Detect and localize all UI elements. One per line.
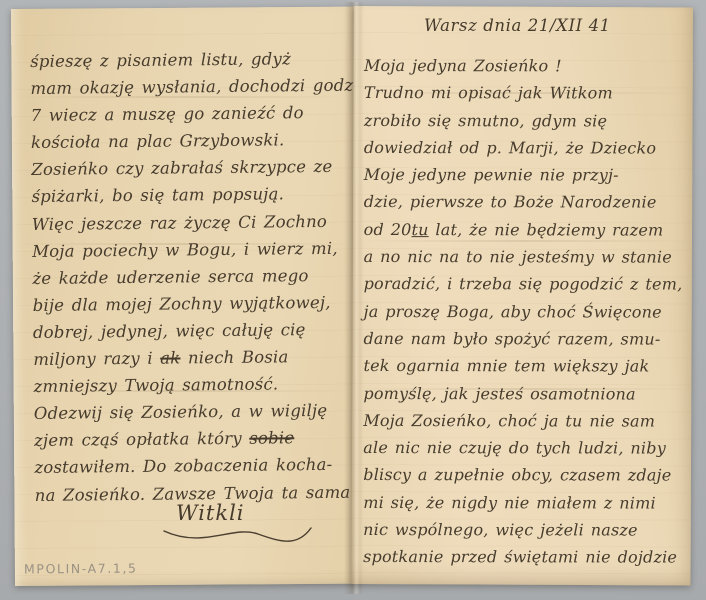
letter-line: bliscy a zupełnie obcy, czasem zdaje xyxy=(363,461,697,489)
left-page-text: śpieszę z pisaniem listu, gdyż mam okazj… xyxy=(30,45,355,509)
letter-line: Moja pociechy w Bogu, i wierz mi, xyxy=(32,234,352,264)
letter-line: miljony razy i ak niech Bosia xyxy=(33,343,353,373)
letter-line: dowiedział od p. Marji, że Dziecko xyxy=(364,134,698,162)
salutation-line: Moja jedyna Zosieńko ! xyxy=(364,52,698,80)
letter-line: zjem cząś opłatka który sobie xyxy=(34,424,354,454)
letter-line: Więc jeszcze raz życzę Ci Zochno xyxy=(32,207,352,237)
letter-line: pomyślę, jak jesteś osamotniona xyxy=(363,380,697,408)
letter-line: ale nic nie czuję do tych ludzi, niby xyxy=(363,434,697,462)
letter-line: zostawiłem. Do zobaczenia kocha- xyxy=(34,451,354,481)
line-segment: niech Bosia xyxy=(180,347,288,367)
letter-line: Odezwij się Zosieńko, a w wigilję xyxy=(34,397,354,427)
line-segment: lat, że nie będziemy razem xyxy=(429,220,664,239)
letter-line: bije dla mojej Zochny wyjątkowej, xyxy=(33,288,353,318)
letter-line: tek ogarnia mnie tem większy jak xyxy=(363,352,697,380)
letter-line: poradzić, i trzeba się pogodzić z tem, xyxy=(364,270,698,298)
letter-line: śpiżarki, bo się tam popsują. xyxy=(31,180,351,210)
letter-line: dzie, pierwsze to Boże Narodzenie xyxy=(364,188,698,216)
letter-line: ja proszę Boga, aby choć Święcone xyxy=(364,298,698,326)
signature: Witkli xyxy=(176,501,245,525)
date-header: Warsz dnia 21/XII 41 xyxy=(424,16,611,35)
letter-line: Moja Zosieńko, choć ja tu nie sam xyxy=(363,407,697,435)
underlined-word: tu xyxy=(412,220,429,239)
letter-line: spotkanie przed świętami nie dojdzie xyxy=(363,543,697,571)
line-segment: od 20 xyxy=(364,220,412,239)
letter-line: śpieszę z pisaniem listu, gdyż xyxy=(30,45,350,75)
letter-line: od 20tu lat, że nie będziemy razem xyxy=(364,216,698,244)
crossed-out-word: ak xyxy=(160,348,180,367)
letter-line: dane nam było spożyć razem, smu- xyxy=(363,325,697,353)
letter-scan: Warsz dnia 21/XII 41 śpieszę z pisaniem … xyxy=(0,0,706,600)
letter-line: nic wspólnego, więc jeżeli nasze xyxy=(363,516,697,544)
letter-line: 7 wiecz a muszę go zanieźć do xyxy=(31,99,351,129)
letter-line: kościoła na plac Grzybowski. xyxy=(31,126,351,156)
letter-line: że każde uderzenie serca mego xyxy=(32,261,352,291)
letter-line: dobrej, jedynej, więc całuję cię xyxy=(33,316,353,346)
letter-line: Zosieńko czy zabrałaś skrzypce ze xyxy=(31,153,351,183)
signature-flourish xyxy=(158,523,318,549)
letter-line: Moje jedyne pewnie nie przyj- xyxy=(364,161,698,189)
crossed-out-word: sobie xyxy=(249,429,294,448)
line-segment: zjem cząś opłatka który xyxy=(34,429,249,450)
right-page-text: Moja jedyna Zosieńko ! Trudno mi opisać … xyxy=(363,52,698,571)
letter-line: mam okazję wysłania, dochodzi godz xyxy=(30,72,350,102)
letter-line: zrobiło się smutno, gdym się xyxy=(364,107,698,135)
letter-line: a no nic na to nie jesteśmy w stanie xyxy=(364,243,698,271)
line-segment: miljony razy i xyxy=(33,349,160,369)
archive-mark: MPOLIN-A7.1,5 xyxy=(24,561,138,577)
letter-line: Trudno mi opisać jak Witkom xyxy=(364,79,698,107)
letter-line: zmniejszy Twoją samotność. xyxy=(33,370,353,400)
letter-line: mi się, że nigdy nie miałem z nimi xyxy=(363,489,697,517)
